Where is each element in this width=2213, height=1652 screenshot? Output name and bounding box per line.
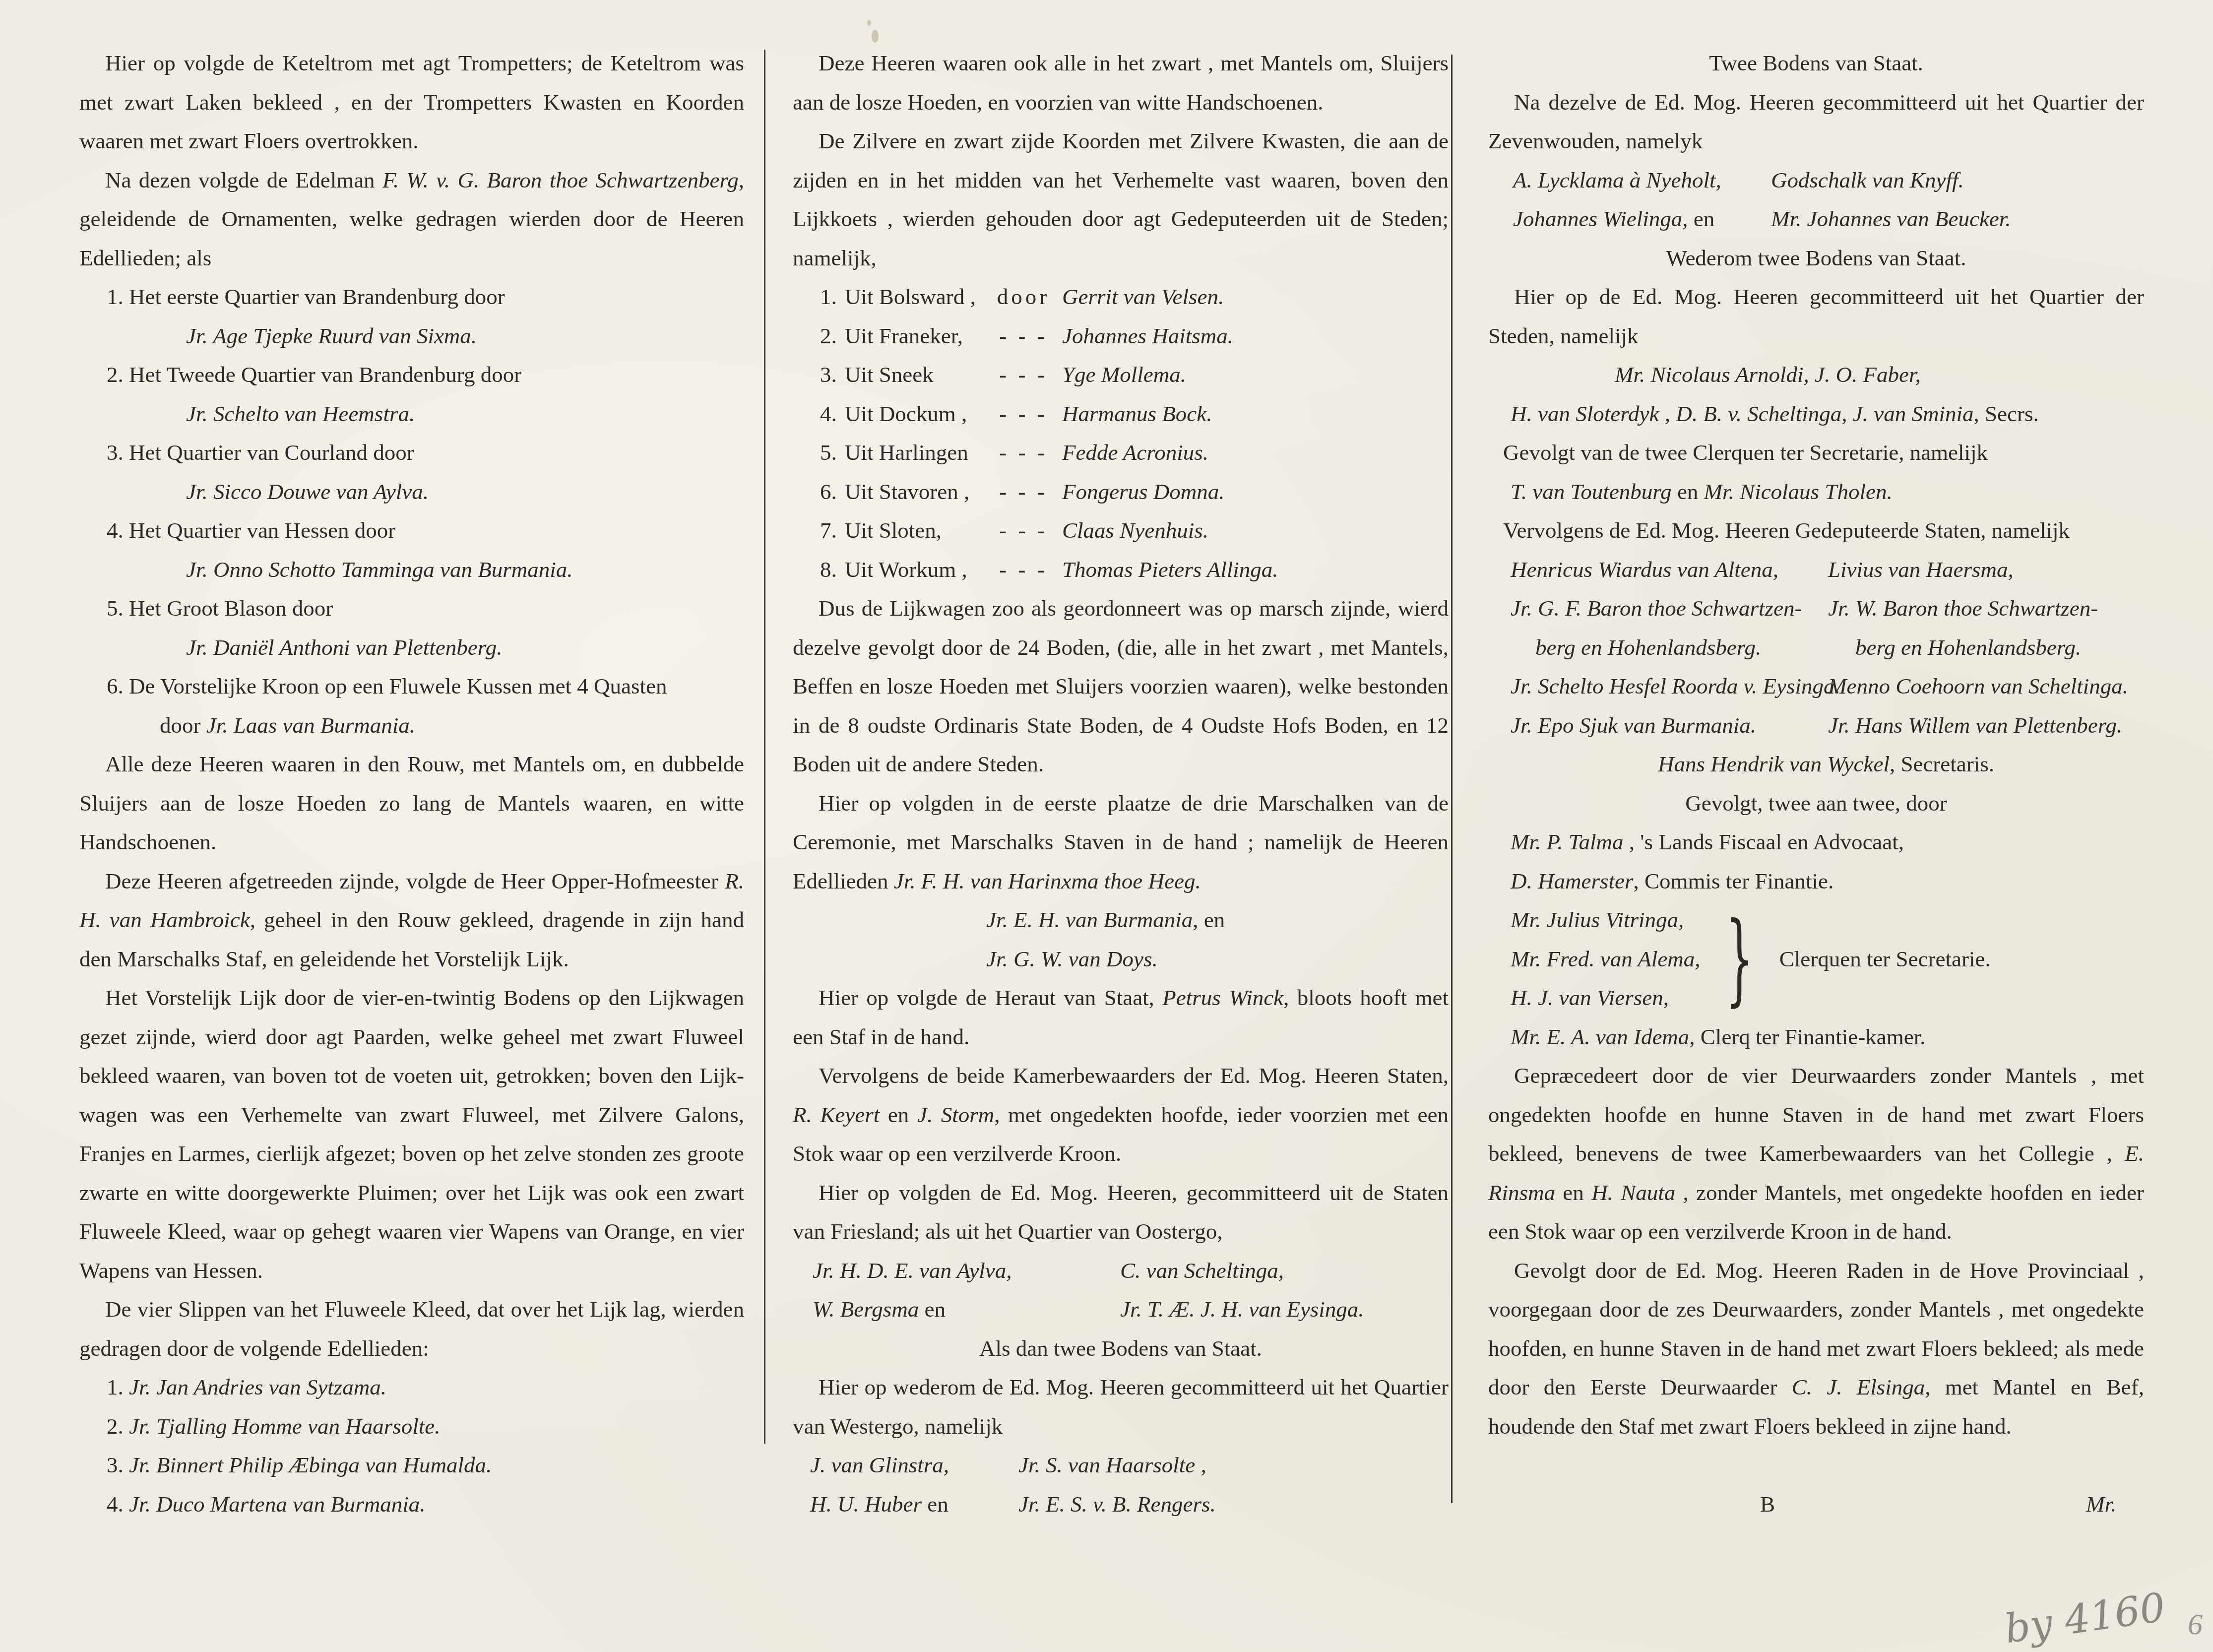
column-3: Twee Bodens van Staat. Na dezelve de Ed.… — [1488, 44, 2144, 1446]
ornaments-list: 1. Het eerste Quartier van Brandenburg d… — [79, 277, 744, 745]
city-deputy: 3.Uit Sneek- - -Yge Mollema. — [793, 355, 1449, 394]
name-line: Mr. Nicolaus Arnoldi, J. O. Faber, — [1488, 355, 2144, 394]
paragraph-slippen: De vier Slippen van het Fluweele Kleed, … — [79, 1290, 744, 1368]
ornament-item: 2. Het Tweede Quartier van Brandenburg d… — [79, 355, 744, 394]
catchword: Mr. — [2086, 1491, 2116, 1517]
paragraph-steden: Hier op de Ed. Mog. Heeren gecommitteerd… — [1488, 277, 2144, 355]
city-deputy: 7.Uit Sloten,- - -Claas Nyenhuis. — [793, 511, 1449, 550]
city-deputy: 8.Uit Workum ,- - -Thomas Pieters Alling… — [793, 550, 1449, 589]
paragraph-hofmeester: Deze Heeren afgetreeden zijnde, volgde d… — [79, 862, 744, 979]
ornament-bearer: Jr. Daniël Anthoni van Plettenberg. — [79, 628, 744, 667]
paragraph-heeren-zwart: Deze Heeren waaren ook alle in het zwart… — [793, 44, 1449, 122]
ornament-bearer: door Jr. Laas van Burmania. — [79, 706, 744, 745]
name-pair: Jr. Epo Sjuk van Burmania.Jr. Hans Wille… — [1488, 706, 2144, 745]
city-deputy: 6.Uit Stavoren ,- - -Fongerus Domna. — [793, 472, 1449, 511]
pall-bearer: 4. Jr. Duco Martena van Burmania. — [79, 1485, 744, 1524]
official-line: Mr. P. Talma , 's Lands Fiscaal en Advoc… — [1488, 823, 2144, 862]
marschalk-name: Jr. G. W. van Doys. — [793, 940, 1449, 979]
cities-rows: 1.Uit Bolsward ,doorGerrit van Velsen.2.… — [793, 277, 1449, 589]
secretaris-line: Hans Hendrik van Wyckel, Secretaris. — [1488, 745, 2144, 784]
person-name: Petrus Winck — [1162, 985, 1283, 1010]
section-heading: Gevolgt, twee aan twee, door — [1488, 784, 2144, 823]
ornament-item: 3. Het Quartier van Courland door — [79, 433, 744, 472]
name-pair: H. U. Huber enJr. E. S. v. B. Rengers. — [793, 1485, 1449, 1524]
name-pair: A. Lycklama à Nyeholt,Godschalk van Knyf… — [1488, 161, 2144, 200]
paragraph-koorden: De Zilvere en zwart zijde Koorden met Zi… — [793, 122, 1449, 277]
name-pair: Henricus Wiardus van Altena,Livius van H… — [1488, 550, 2144, 589]
name-pair: berg en Hohenlandsberg.berg en Hohenland… — [1488, 628, 2144, 667]
city-deputy: 2.Uit Franeker,- - -Johannes Haitsma. — [793, 317, 1449, 356]
ornament-item: 5. Het Groot Blason door — [79, 589, 744, 628]
paragraph-raden: Gevolgt door de Ed. Mog. Heeren Raden in… — [1488, 1251, 2144, 1446]
signature-mark: B — [1760, 1491, 1775, 1517]
name-line: H. van Sloterdyk , D. B. v. Scheltinga, … — [1488, 394, 2144, 434]
ornament-item: 1. Het eerste Quartier van Brandenburg d… — [79, 277, 744, 317]
name-pair: Jr. Schelto Hesfel Roorda v. Eysinga.Men… — [1488, 667, 2144, 706]
right-brace-icon: } — [1725, 909, 1754, 1009]
paragraph-kamerbewaarders: Vervolgens de beide Kamerbewaarders der … — [793, 1056, 1449, 1173]
column-divider-right — [1451, 55, 1453, 1503]
section-heading: Als dan twee Bodens van Staat. — [793, 1329, 1449, 1368]
ink-blot — [867, 20, 871, 26]
ornament-bearer: Jr. Sicco Douwe van Aylva. — [79, 472, 744, 511]
name-pair: Jr. H. D. E. van Aylva,C. van Scheltinga… — [793, 1251, 1449, 1290]
scanned-page: Hier op volgde de Keteltrom met agt Trom… — [0, 0, 2213, 1652]
name-line: T. van Toutenburg en Mr. Nicolaus Tholen… — [1488, 472, 2144, 511]
column-2: Deze Heeren waaren ook alle in het zwart… — [793, 44, 1449, 1524]
pall-bearer: 1. Jr. Jan Andries van Sytzama. — [79, 1368, 744, 1407]
handwritten-note: by 4160 — [2002, 1584, 2168, 1652]
paragraph-marschalken: Hier op volgden in de eerste plaatze de … — [793, 784, 1449, 901]
ornament-bearer: Jr. Schelto van Heemstra. — [79, 394, 744, 434]
person-name: Jr. F. H. van Harinxma thoe Heeg. — [894, 869, 1201, 893]
pall-bearer: 3. Jr. Binnert Philip Æbinga van Humalda… — [79, 1446, 744, 1485]
city-deputy: 1.Uit Bolsward ,doorGerrit van Velsen. — [793, 277, 1449, 317]
column-1: Hier op volgde de Keteltrom met agt Trom… — [79, 44, 744, 1524]
brace-label: Clerquen ter Secretarie. — [1779, 940, 1991, 979]
clerquen-brace-group: Mr. Julius Vitringa, Mr. Fred. van Alema… — [1488, 900, 2144, 1017]
ornament-item: 6. De Vorstelijke Kroon op een Fluwele K… — [79, 667, 744, 706]
paragraph-lijkwagen: Het Vorstelijk Lijk door de vier-en-twin… — [79, 978, 744, 1290]
city-deputy: 5.Uit Harlingen- - -Fedde Acronius. — [793, 433, 1449, 472]
section-heading: Twee Bodens van Staat. — [1488, 44, 2144, 83]
official-line: Mr. E. A. van Idema, Clerq ter Finantie-… — [1488, 1017, 2144, 1057]
paragraph-rouw: Alle deze Heeren waaren in den Rouw, met… — [79, 745, 744, 862]
paragraph-boden: Dus de Lijkwagen zoo als geordonneert wa… — [793, 589, 1449, 784]
paragraph-zevenwouden: Na dezelve de Ed. Mog. Heeren gecommitte… — [1488, 83, 2144, 161]
paragraph-oostergo: Hier op volgden de Ed. Mog. Heeren, geco… — [793, 1173, 1449, 1251]
name-pair: J. van Glinstra,Jr. S. van Haarsolte , — [793, 1446, 1449, 1485]
handwritten-corner-number: 6 — [2188, 1607, 2203, 1642]
person-name: F. W. v. G. Baron thoe Schwartzenberg — [382, 168, 739, 192]
section-heading: Wederom twee Bodens van Staat. — [1488, 239, 2144, 278]
paragraph-gedeputeerden: Vervolgens de Ed. Mog. Heeren Gedeputeer… — [1488, 511, 2144, 550]
name-pair: Jr. G. F. Baron thoe Schwartzen-Jr. W. B… — [1488, 589, 2144, 628]
ink-blot — [872, 30, 879, 43]
paragraph-edelman: Na dezen volgde de Edelman F. W. v. G. B… — [79, 161, 744, 278]
name-pair: W. Bergsma enJr. T. Æ. J. H. van Eysinga… — [793, 1290, 1449, 1329]
pall-bearers-list: 1. Jr. Jan Andries van Sytzama. 2. Jr. T… — [79, 1368, 744, 1524]
name-pair: Johannes Wielinga, enMr. Johannes van Be… — [1488, 199, 2144, 239]
pall-bearer: 2. Jr. Tjalling Homme van Haarsolte. — [79, 1407, 744, 1446]
paragraph-deurwaarders: Gepræcedeert door de vier Deurwaarders z… — [1488, 1056, 2144, 1251]
ornament-bearer: Jr. Onno Schotto Tamminga van Burmania. — [79, 550, 744, 589]
marschalk-name: Jr. E. H. van Burmania, en — [793, 900, 1449, 940]
column-divider-left — [764, 50, 765, 1444]
gedeputeerden-rows: Henricus Wiardus van Altena,Livius van H… — [1488, 550, 2144, 745]
brace-names: Mr. Julius Vitringa, Mr. Fred. van Alema… — [1511, 900, 1700, 1017]
ornament-item: 4. Het Quartier van Hessen door — [79, 511, 744, 550]
paragraph-westergo: Hier op wederom de Ed. Mog. Heeren gecom… — [793, 1368, 1449, 1446]
official-line: D. Hamerster, Commis ter Finantie. — [1488, 862, 2144, 901]
paragraph-heraut: Hier op volgde de Heraut van Staat, Petr… — [793, 978, 1449, 1056]
paragraph-keteltrom: Hier op volgde de Keteltrom met agt Trom… — [79, 44, 744, 161]
paragraph-clerquen: Gevolgt van de twee Clerquen ter Secreta… — [1488, 433, 2144, 472]
city-deputy: 4.Uit Dockum ,- - -Harmanus Bock. — [793, 394, 1449, 434]
ornament-bearer: Jr. Age Tjepke Ruurd van Sixma. — [79, 317, 744, 356]
